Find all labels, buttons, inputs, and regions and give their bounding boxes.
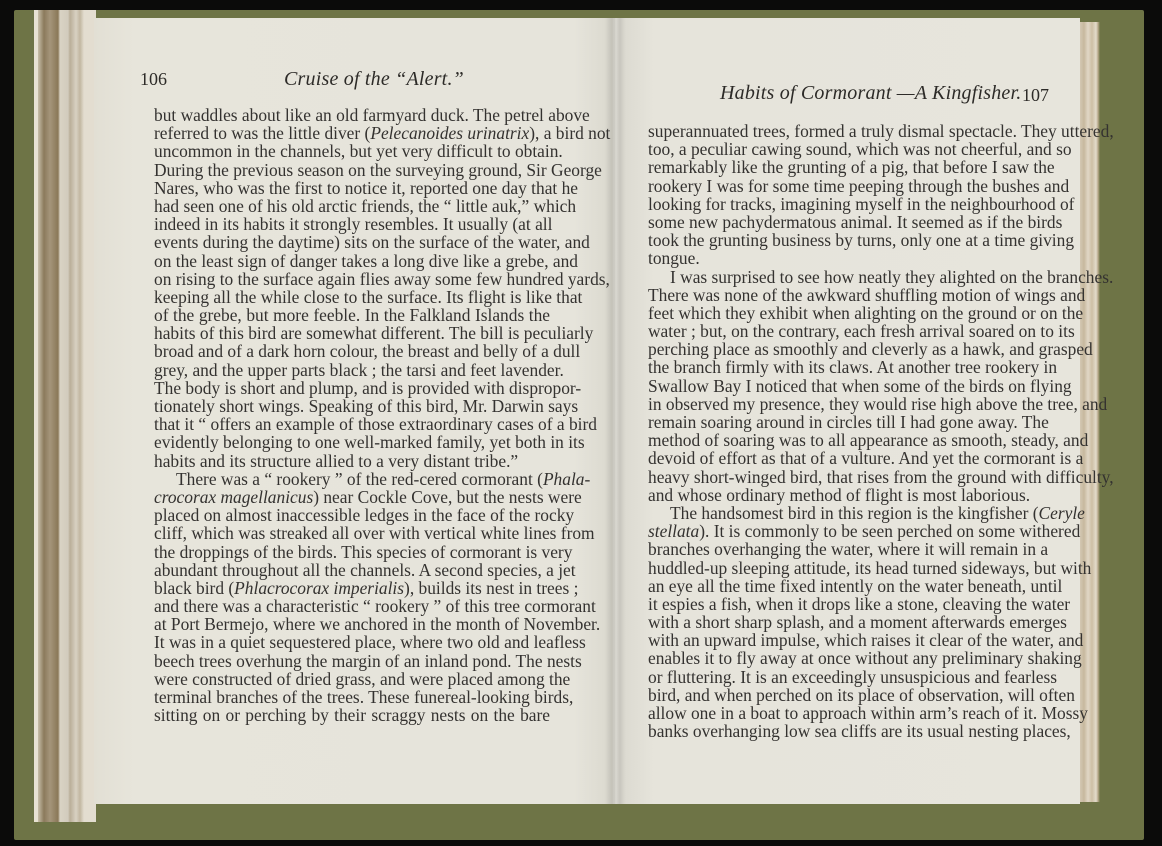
text-line: indeed in its habits it strongly resembl… (154, 215, 550, 233)
page-number-right: 107 (1022, 85, 1049, 105)
text-line: enables it to fly away at once without a… (648, 649, 1046, 667)
text-run: method of soaring was to all appearance … (648, 430, 1088, 450)
text-run: habits of this bird are somewhat differe… (154, 323, 593, 343)
italic-term: Phlacrocorax imperialis (234, 578, 404, 598)
text-run: with a short sharp splash, and a moment … (648, 612, 1067, 632)
italic-term: Phala- (543, 469, 590, 489)
text-run: enables it to fly away at once without a… (648, 648, 1082, 668)
text-line: and there was a characteristic “ rookery… (154, 597, 550, 615)
text-run: allow one in a boat to approach within a… (648, 703, 1088, 723)
text-run: that it “ offers an example of those ext… (154, 414, 597, 434)
text-line: devoid of effort as that of a vulture. A… (648, 449, 1046, 467)
text-line: keeping all the while close to the surfa… (154, 288, 550, 306)
italic-term: Pelecanoides urinatrix (370, 123, 529, 143)
text-run: Nares, who was the first to notice it, r… (154, 178, 578, 198)
text-run: with an upward impulse, which raises it … (648, 630, 1083, 650)
text-run: black bird ( (154, 578, 234, 598)
text-run: had seen one of his old arctic friends, … (154, 196, 576, 216)
text-run: water ; but, on the contrary, each fresh… (648, 321, 1075, 341)
text-run: or fluttering. It is an exceedingly unsu… (648, 667, 1057, 687)
text-line: with an upward impulse, which raises it … (648, 631, 1046, 649)
right-running-head: Habits of Cormorant —A Kingfisher. (720, 82, 1021, 105)
text-run: were constructed of dried grass, and wer… (154, 669, 570, 689)
text-line: habits and its structure allied to a ver… (154, 452, 550, 470)
text-run: sitting on or perching by their scraggy … (154, 705, 550, 725)
text-run: remain soaring around in circles till I … (648, 412, 1049, 432)
text-line: terminal branches of the trees. These fu… (154, 688, 550, 706)
text-line: bird, and when perched on its place of o… (648, 686, 1046, 704)
text-run: cliff, which was streaked all over with … (154, 523, 595, 543)
text-line: on rising to the surface again flies awa… (154, 270, 550, 288)
text-run: devoid of effort as that of a vulture. A… (648, 448, 1083, 468)
text-line: I was surprised to see how neatly they a… (648, 268, 1046, 286)
text-run: ), a bird not (529, 123, 610, 143)
text-line: Nares, who was the first to notice it, r… (154, 179, 550, 197)
text-line: with a short sharp splash, and a moment … (648, 613, 1046, 631)
left-running-head: Cruise of the “Alert.” (284, 68, 464, 91)
text-run: Swallow Bay I noticed that when some of … (648, 376, 1072, 396)
text-run: ), builds its nest in trees ; (404, 578, 578, 598)
text-line: beech trees overhung the margin of an in… (154, 652, 550, 670)
text-run: uncommon in the channels, but yet very d… (154, 141, 563, 161)
text-run: huddled-up sleeping attitude, its head t… (648, 558, 1091, 578)
text-line: water ; but, on the contrary, each fresh… (648, 322, 1046, 340)
text-run: habits and its structure allied to a ver… (154, 451, 518, 471)
text-run: on rising to the surface again flies awa… (154, 269, 610, 289)
text-line: allow one in a boat to approach within a… (648, 704, 1046, 722)
text-line: stellata). It is commonly to be seen per… (648, 522, 1046, 540)
text-line: of the grebe, but more feeble. In the Fa… (154, 306, 550, 324)
text-line: placed on almost inaccessible ledges in … (154, 506, 550, 524)
text-run: abundant throughout all the channels. A … (154, 560, 576, 580)
text-line: The body is short and plump, and is prov… (154, 379, 550, 397)
text-run: and whose ordinary method of flight is m… (648, 485, 1030, 505)
text-run: superannuated trees, formed a truly dism… (648, 121, 1114, 141)
text-line: The handsomest bird in this region is th… (648, 504, 1046, 522)
text-run: events during the daytime) sits on the s… (154, 232, 590, 252)
text-run: the branch firmly with its claws. At ano… (648, 357, 1057, 377)
text-run: There was a “ rookery ” of the red-cered… (176, 469, 543, 489)
text-run: tionately short wings. Speaking of this … (154, 396, 578, 416)
text-run: of the grebe, but more feeble. In the Fa… (154, 305, 550, 325)
text-run: placed on almost inaccessible ledges in … (154, 505, 574, 525)
text-line: at Port Bermejo, where we anchored in th… (154, 615, 550, 633)
text-line: were constructed of dried grass, and wer… (154, 670, 550, 688)
text-run: branches overhanging the water, where it… (648, 539, 1048, 559)
page-edges-left (20, 10, 96, 822)
text-run: but waddles about like an old farmyard d… (154, 105, 590, 125)
text-line: superannuated trees, formed a truly dism… (648, 122, 1046, 140)
text-line: remarkably like the grunting of a pig, t… (648, 158, 1046, 176)
text-line: events during the daytime) sits on the s… (154, 233, 550, 251)
text-run: ) near Cockle Cove, but the nests were (313, 487, 582, 507)
text-run: the droppings of the birds. This species… (154, 542, 572, 562)
text-line: It was in a quiet sequestered place, whe… (154, 633, 550, 651)
text-line: Swallow Bay I noticed that when some of … (648, 377, 1046, 395)
text-line: or fluttering. It is an exceedingly unsu… (648, 668, 1046, 686)
text-line: it espies a fish, when it drops like a s… (648, 595, 1046, 613)
running-head-title-right: Habits of Cormorant —A Kingfisher. (720, 82, 1021, 104)
italic-term: crocorax magellanicus (154, 487, 313, 507)
text-line: remain soaring around in circles till I … (648, 413, 1046, 431)
text-line: There was none of the awkward shuffling … (648, 286, 1046, 304)
text-run: looking for tracks, imagining myself in … (648, 194, 1074, 214)
running-head-title-left: Cruise of the “Alert.” (284, 68, 464, 90)
text-run: bird, and when perched on its place of o… (648, 685, 1075, 705)
text-line: the branch firmly with its claws. At ano… (648, 358, 1046, 376)
italic-term: stellata (648, 521, 699, 541)
text-line: uncommon in the channels, but yet very d… (154, 142, 550, 160)
text-run: tongue. (648, 248, 700, 268)
left-page-header: 106 (140, 68, 167, 91)
text-line: on the least sign of danger takes a long… (154, 252, 550, 270)
text-line: tongue. (648, 249, 1046, 267)
text-run: an eye all the time fixed intently on th… (648, 576, 1062, 596)
text-line: black bird (Phlacrocorax imperialis), bu… (154, 579, 550, 597)
text-run: evidently belonging to one well-marked f… (154, 432, 585, 452)
text-line: sitting on or perching by their scraggy … (154, 706, 550, 724)
text-line: but waddles about like an old farmyard d… (154, 106, 550, 124)
text-line: banks overhanging low sea cliffs are its… (648, 722, 1046, 740)
text-line: too, a peculiar cawing sound, which was … (648, 140, 1046, 158)
text-run: There was none of the awkward shuffling … (648, 285, 1085, 305)
text-run: at Port Bermejo, where we anchored in th… (154, 614, 600, 634)
text-line: had seen one of his old arctic friends, … (154, 197, 550, 215)
text-run: The handsomest bird in this region is th… (670, 503, 1039, 523)
text-line: took the grunting business by turns, onl… (648, 231, 1046, 249)
text-line: in observed my presence, they would rise… (648, 395, 1046, 413)
text-line: cliff, which was streaked all over with … (154, 524, 550, 542)
text-run: The body is short and plump, and is prov… (154, 378, 581, 398)
text-run: heavy short-winged bird, that rises from… (648, 467, 1114, 487)
text-line: the droppings of the birds. This species… (154, 543, 550, 561)
text-line: There was a “ rookery ” of the red-cered… (154, 470, 550, 488)
text-line: During the previous season on the survey… (154, 161, 550, 179)
text-line: evidently belonging to one well-marked f… (154, 433, 550, 451)
text-run: and there was a characteristic “ rookery… (154, 596, 596, 616)
text-run: too, a peculiar cawing sound, which was … (648, 139, 1072, 159)
text-line: looking for tracks, imagining myself in … (648, 195, 1046, 213)
text-line: method of soaring was to all appearance … (648, 431, 1046, 449)
text-line: tionately short wings. Speaking of this … (154, 397, 550, 415)
text-line: rookery I was for some time peeping thro… (648, 177, 1046, 195)
text-run: in observed my presence, they would rise… (648, 394, 1107, 414)
text-run: perching place as smoothly and cleverly … (648, 339, 1093, 359)
text-line: heavy short-winged bird, that rises from… (648, 468, 1046, 486)
right-page-header: 107 (1022, 84, 1049, 107)
text-run: terminal branches of the trees. These fu… (154, 687, 573, 707)
text-line: and whose ordinary method of flight is m… (648, 486, 1046, 504)
text-line: that it “ offers an example of those ext… (154, 415, 550, 433)
page-number-left: 106 (140, 69, 167, 89)
text-run: referred to was the little diver ( (154, 123, 370, 143)
text-run: broad and of a dark horn colour, the bre… (154, 341, 580, 361)
text-line: perching place as smoothly and cleverly … (648, 340, 1046, 358)
right-page-body: superannuated trees, formed a truly dism… (648, 122, 1046, 740)
text-run: feet which they exhibit when alighting o… (648, 303, 1083, 323)
text-line: huddled-up sleeping attitude, its head t… (648, 559, 1046, 577)
text-run: remarkably like the grunting of a pig, t… (648, 157, 1055, 177)
text-run: banks overhanging low sea cliffs are its… (648, 721, 1071, 741)
text-line: some new pachydermatous animal. It seeme… (648, 213, 1046, 231)
text-run: indeed in its habits it strongly resembl… (154, 214, 552, 234)
text-line: an eye all the time fixed intently on th… (648, 577, 1046, 595)
text-run: It was in a quiet sequestered place, whe… (154, 632, 586, 652)
left-page-body: but waddles about like an old farmyard d… (154, 106, 550, 724)
text-run: took the grunting business by turns, onl… (648, 230, 1074, 250)
italic-term: Ceryle (1039, 503, 1085, 523)
text-run: some new pachydermatous animal. It seeme… (648, 212, 1062, 232)
text-run: keeping all the while close to the surfa… (154, 287, 582, 307)
text-line: habits of this bird are somewhat differe… (154, 324, 550, 342)
text-line: feet which they exhibit when alighting o… (648, 304, 1046, 322)
text-run: on the least sign of danger takes a long… (154, 251, 578, 271)
text-line: grey, and the upper parts black ; the ta… (154, 361, 550, 379)
text-line: crocorax magellanicus) near Cockle Cove,… (154, 488, 550, 506)
text-line: referred to was the little diver (Peleca… (154, 124, 550, 142)
text-line: abundant throughout all the channels. A … (154, 561, 550, 579)
text-line: branches overhanging the water, where it… (648, 540, 1046, 558)
text-run: ). It is commonly to be seen perched on … (699, 521, 1080, 541)
text-run: During the previous season on the survey… (154, 160, 602, 180)
text-run: it espies a fish, when it drops like a s… (648, 594, 1070, 614)
text-run: rookery I was for some time peeping thro… (648, 176, 1069, 196)
text-run: I was surprised to see how neatly they a… (670, 267, 1113, 287)
text-run: grey, and the upper parts black ; the ta… (154, 360, 564, 380)
text-run: beech trees overhung the margin of an in… (154, 651, 582, 671)
text-line: broad and of a dark horn colour, the bre… (154, 342, 550, 360)
